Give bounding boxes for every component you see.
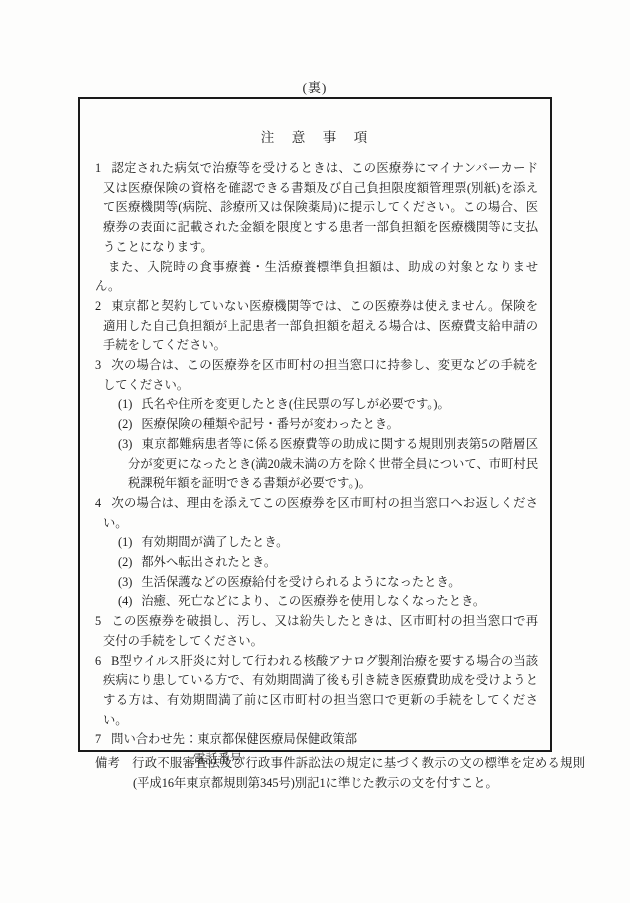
item-text: 問い合わせ先：東京都保健医療局保健政策部: [111, 732, 357, 746]
subitem-text: 都外へ転出されたとき。: [141, 555, 276, 569]
item-text: 次の場合は、理由を添えてこの医療券を区市町村の担当窓口へお返しください。: [103, 496, 538, 530]
notice-item-4-sub-3: (3)生活保護などの医療給付を受けられるようになったとき。: [118, 573, 538, 593]
subitem-text: 医療保険の種類や記号・番号が変わったとき。: [141, 417, 399, 431]
remarks-note: 備考行政不服審査法及び行政事件訴訟法の規定に基づく教示の文の標準を定める規則(平…: [95, 754, 585, 793]
item-number: 6: [95, 654, 101, 668]
notice-item-4-sub-2: (2)都外へ転出されたとき。: [118, 553, 538, 573]
notice-item-2: 2東京都と契約していない医療機関等では、この医療券は使えません。保険を適用した自…: [95, 297, 538, 356]
item-number: 3: [95, 358, 101, 372]
remarks-label: 備考: [95, 756, 120, 770]
subitem-text: 東京都難病患者等に係る医療費等の助成に関する規則別表第5の階層区分が変更になった…: [128, 437, 538, 490]
item-number: 1: [95, 161, 101, 175]
notice-item-6: 6B型ウイルス肝炎に対して行われる核酸アナログ製剤治療を要する場合の当該疾病にり…: [95, 652, 538, 731]
subitem-label: (2): [118, 555, 132, 569]
item-text: 次の場合は、この医療券を区市町村の担当窓口に持参し、変更などの手続をしてください…: [103, 358, 538, 392]
subitem-label: (1): [118, 397, 132, 411]
notice-title: 注 意 事 項: [80, 126, 550, 146]
notice-box: 注 意 事 項 1認定された病気で治療等を受けるときは、この医療券にマイナンバー…: [78, 97, 552, 752]
subitem-label: (3): [118, 575, 132, 589]
item-text: 認定された病気で治療等を受けるときは、この医療券にマイナンバーカード又は医療保険…: [103, 161, 538, 254]
notice-item-3-sub-1: (1)氏名や住所を変更したとき(住民票の写しが必要です。)。: [118, 395, 538, 415]
item-number: 7: [95, 732, 101, 746]
subitem-label: (3): [118, 437, 132, 451]
item-number: 2: [95, 299, 101, 313]
page-side-label: (裏): [0, 77, 630, 96]
item-number: 4: [95, 496, 101, 510]
notice-item-7: 7問い合わせ先：東京都保健医療局保健政策部: [95, 730, 538, 750]
notice-item-3: 3次の場合は、この医療券を区市町村の担当窓口に持参し、変更などの手続をしてくださ…: [95, 356, 538, 395]
subitem-label: (2): [118, 417, 132, 431]
subitem-text: 有効期間が満了したとき。: [141, 535, 288, 549]
item-text: B型ウイルス肝炎に対して行われる核酸アナログ製剤治療を要する場合の当該疾病にり患…: [103, 654, 538, 727]
subitem-label: (4): [118, 594, 132, 608]
notice-item-1-addendum: また、入院時の食事療養・生活療養標準負担額は、助成の対象となりません。: [95, 258, 538, 297]
notice-item-5: 5この医療券を破損し、汚し、又は紛失したときは、区市町村の担当窓口で再交付の手続…: [95, 612, 538, 651]
item-number: 5: [95, 614, 101, 628]
item-text: この医療券を破損し、汚し、又は紛失したときは、区市町村の担当窓口で再交付の手続を…: [103, 614, 538, 648]
remarks-text: 行政不服審査法及び行政事件訴訟法の規定に基づく教示の文の標準を定める規則(平成1…: [132, 756, 585, 790]
notice-items: 1認定された病気で治療等を受けるときは、この医療券にマイナンバーカード又は医療保…: [80, 159, 550, 770]
notice-item-4-sub-4: (4)治癒、死亡などにより、この医療券を使用しなくなったとき。: [118, 592, 538, 612]
item-text: 東京都と契約していない医療機関等では、この医療券は使えません。保険を適用した自己…: [103, 299, 538, 352]
notice-item-1: 1認定された病気で治療等を受けるときは、この医療券にマイナンバーカード又は医療保…: [95, 159, 538, 258]
notice-item-3-sub-3: (3)東京都難病患者等に係る医療費等の助成に関する規則別表第5の階層区分が変更に…: [118, 435, 538, 494]
notice-item-3-sub-2: (2)医療保険の種類や記号・番号が変わったとき。: [118, 415, 538, 435]
subitem-text: 氏名や住所を変更したとき(住民票の写しが必要です。)。: [141, 397, 449, 411]
subitem-text: 治癒、死亡などにより、この医療券を使用しなくなったとき。: [141, 594, 485, 608]
document-page: (裏) 注 意 事 項 1認定された病気で治療等を受けるときは、この医療券にマイ…: [0, 0, 630, 903]
notice-item-4-sub-1: (1)有効期間が満了したとき。: [118, 533, 538, 553]
subitem-text: 生活保護などの医療給付を受けられるようになったとき。: [141, 575, 460, 589]
notice-item-4: 4次の場合は、理由を添えてこの医療券を区市町村の担当窓口へお返しください。: [95, 494, 538, 533]
subitem-label: (1): [118, 535, 132, 549]
